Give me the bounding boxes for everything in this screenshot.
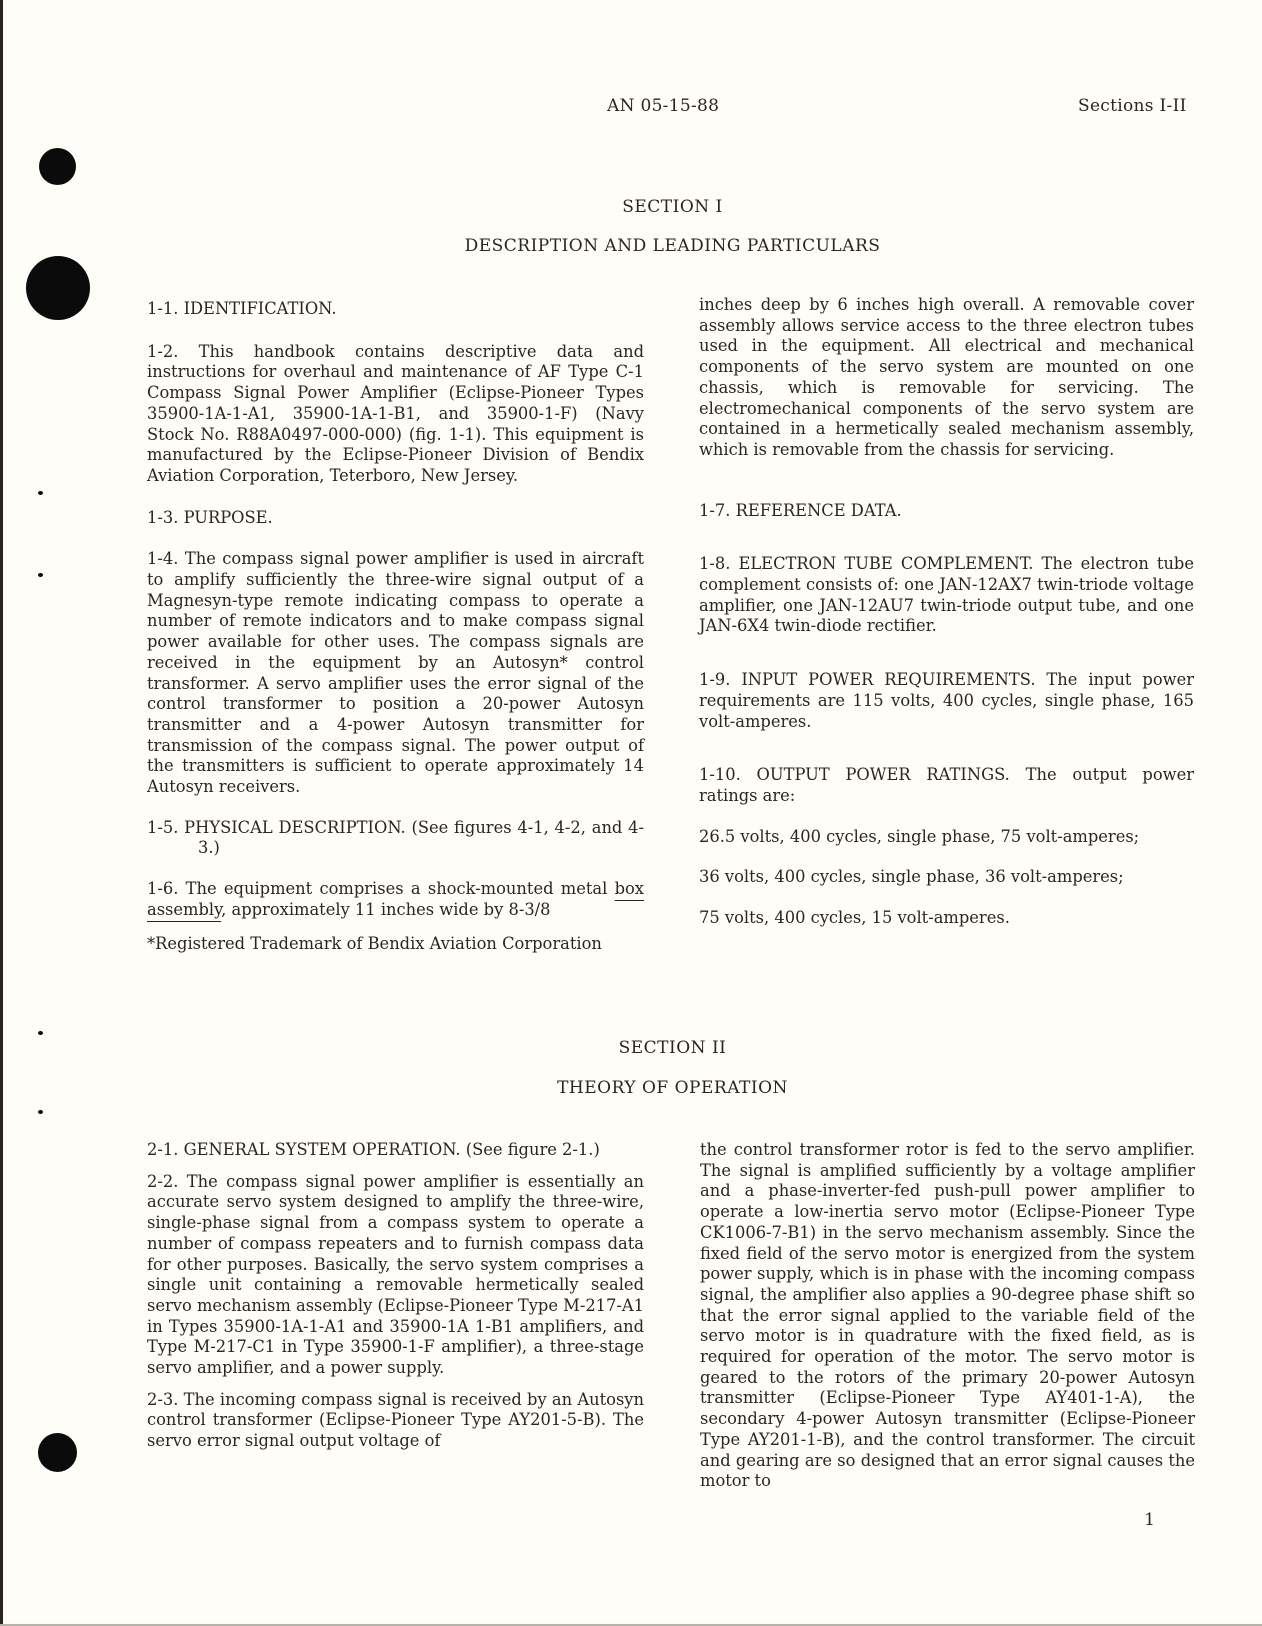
rating-1: 26.5 volts, 400 cycles, single phase, 75… <box>699 827 1194 848</box>
binder-hole-icon <box>38 1433 77 1472</box>
section-2-subtitle: THEORY OF OPERATION <box>0 1078 1262 1098</box>
punch-dot-icon <box>38 573 43 577</box>
para-1-9: 1-9. INPUT POWER REQUIREMENTS. The input… <box>699 670 1194 732</box>
para-1-4: 1-4. The compass signal power amplifier … <box>147 549 644 797</box>
para-1-6-continued: inches deep by 6 inches high overall. A … <box>699 295 1194 461</box>
section-2-left-column: 2-1. GENERAL SYSTEM OPERATION. (See figu… <box>147 1140 644 1472</box>
rating-3: 75 volts, 400 cycles, 15 volt-amperes. <box>699 908 1194 929</box>
para-1-8: 1-8. ELECTRON TUBE COMPLEMENT. The elect… <box>699 554 1194 637</box>
binder-hole-icon <box>39 148 76 185</box>
para-1-3: 1-3. PURPOSE. <box>147 508 644 529</box>
para-1-10: 1-10. OUTPUT POWER RATINGS. The output p… <box>699 765 1194 806</box>
para-1-2: 1-2. This handbook contains descriptive … <box>147 342 644 487</box>
sections-label: Sections I-II <box>1078 96 1187 116</box>
page-number: 1 <box>1144 1510 1155 1530</box>
para-2-2: 2-2. The compass signal power amplifier … <box>147 1172 644 1379</box>
para-2-3: 2-3. The incoming compass signal is rece… <box>147 1390 644 1452</box>
binder-hole-icon <box>26 256 90 320</box>
section-2-title: SECTION II <box>0 1038 1262 1058</box>
para-1-5: 1-5. PHYSICAL DESCRIPTION. (See figures … <box>147 818 644 859</box>
section-1-subtitle: DESCRIPTION AND LEADING PARTICULARS <box>0 236 1262 256</box>
section-1-title: SECTION I <box>0 197 1262 217</box>
punch-dot-icon <box>38 491 43 495</box>
document-number: AN 05-15-88 <box>607 96 719 116</box>
section-1-left-column: 1-1. IDENTIFICATION. 1-2. This handbook … <box>147 299 644 974</box>
section-2-right-column: the control transformer rotor is fed to … <box>700 1140 1195 1512</box>
punch-dot-icon <box>38 1110 43 1114</box>
footnote: *Registered Trademark of Bendix Aviation… <box>147 934 644 955</box>
punch-dot-icon <box>38 1031 43 1035</box>
section-1-right-column: inches deep by 6 inches high overall. A … <box>699 295 1194 949</box>
para-2-1: 2-1. GENERAL SYSTEM OPERATION. (See figu… <box>147 1140 644 1161</box>
rating-2: 36 volts, 400 cycles, single phase, 36 v… <box>699 867 1194 888</box>
para-1-1: 1-1. IDENTIFICATION. <box>147 299 644 320</box>
para-1-7: 1-7. REFERENCE DATA. <box>699 501 1194 522</box>
para-2-3-continued: the control transformer rotor is fed to … <box>700 1140 1195 1492</box>
para-1-6: 1-6. The equipment comprises a shock-mou… <box>147 879 644 920</box>
